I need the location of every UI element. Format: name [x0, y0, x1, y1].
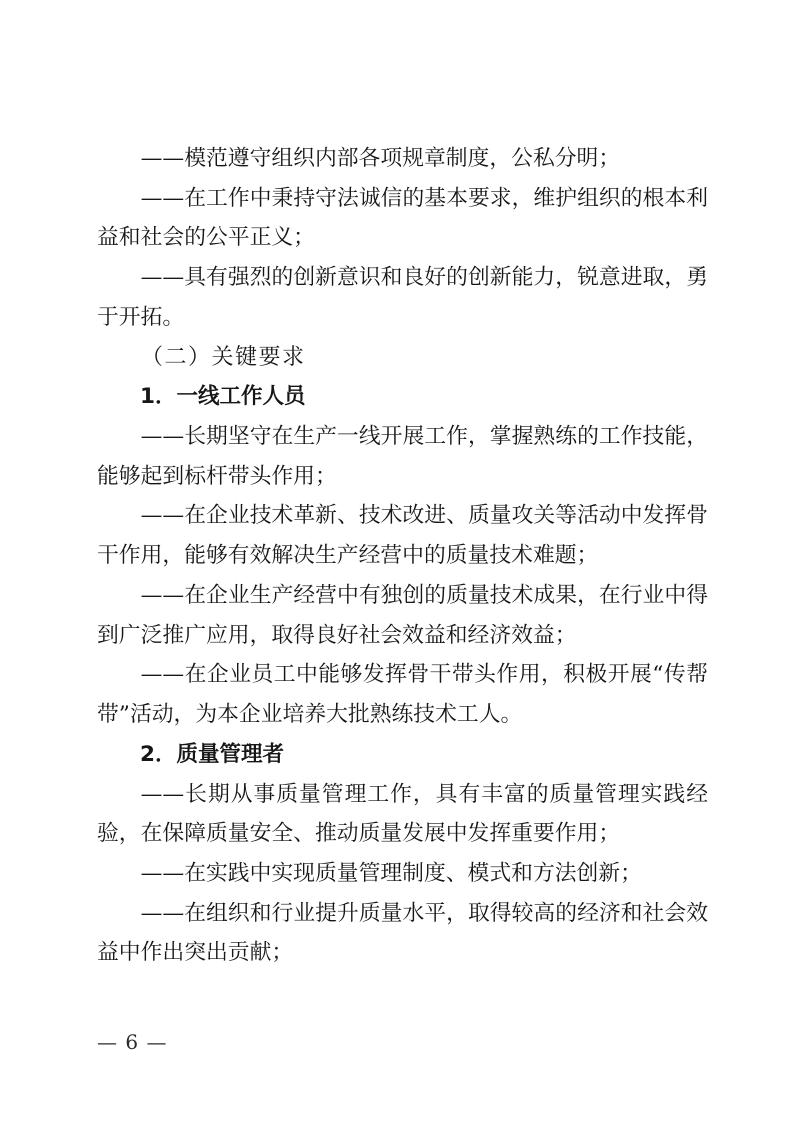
document-body: ——模范遵守组织内部各项规章制度，公私分明；——在工作中秉持守法诚信的基本要求，…	[97, 139, 708, 973]
body-text-line: ——模范遵守组织内部各项规章制度，公私分明；	[97, 139, 708, 179]
body-text-line: ——在组织和行业提升质量水平，取得较高的经济和社会效	[97, 894, 708, 934]
subsection-heading-frontline-staff: 1．一线工作人员	[97, 377, 708, 417]
page-number: — 6 —	[97, 1031, 167, 1053]
subsection-heading-quality-managers: 2．质量管理者	[97, 735, 708, 775]
body-text-line: 能够起到标杆带头作用；	[97, 457, 708, 497]
body-text-line: 干作用，能够有效解决生产经营中的质量技术难题；	[97, 536, 708, 576]
section-heading-key-requirements: （二）关键要求	[97, 338, 708, 378]
body-text-line: ——在企业生产经营中有独创的质量技术成果，在行业中得	[97, 576, 708, 616]
body-text-line: 益和社会的公平正义；	[97, 218, 708, 258]
body-text-line: ——在工作中秉持守法诚信的基本要求，维护组织的根本利	[97, 179, 708, 219]
body-text-line: ——具有强烈的创新意识和良好的创新能力，锐意进取，勇	[97, 258, 708, 298]
body-text-line: 于开拓。	[97, 298, 708, 338]
document-page: ——模范遵守组织内部各项规章制度，公私分明；——在工作中秉持守法诚信的基本要求，…	[0, 0, 793, 1122]
body-text-line: ——在企业员工中能够发挥骨干带头作用，积极开展“传帮	[97, 655, 708, 695]
body-text-line: ——在企业技术革新、技术改进、质量攻关等活动中发挥骨	[97, 496, 708, 536]
body-text-line: ——长期坚守在生产一线开展工作，掌握熟练的工作技能，	[97, 417, 708, 457]
body-text-line: 带”活动，为本企业培养大批熟练技术工人。	[97, 695, 708, 735]
body-text-line: 验，在保障质量安全、推动质量发展中发挥重要作用；	[97, 814, 708, 854]
body-text-line: 到广泛推广应用，取得良好社会效益和经济效益；	[97, 616, 708, 656]
body-text-line: ——长期从事质量管理工作，具有丰富的质量管理实践经	[97, 775, 708, 815]
body-text-line: 益中作出突出贡献；	[97, 933, 708, 973]
body-text-line: ——在实践中实现质量管理制度、模式和方法创新；	[97, 854, 708, 894]
